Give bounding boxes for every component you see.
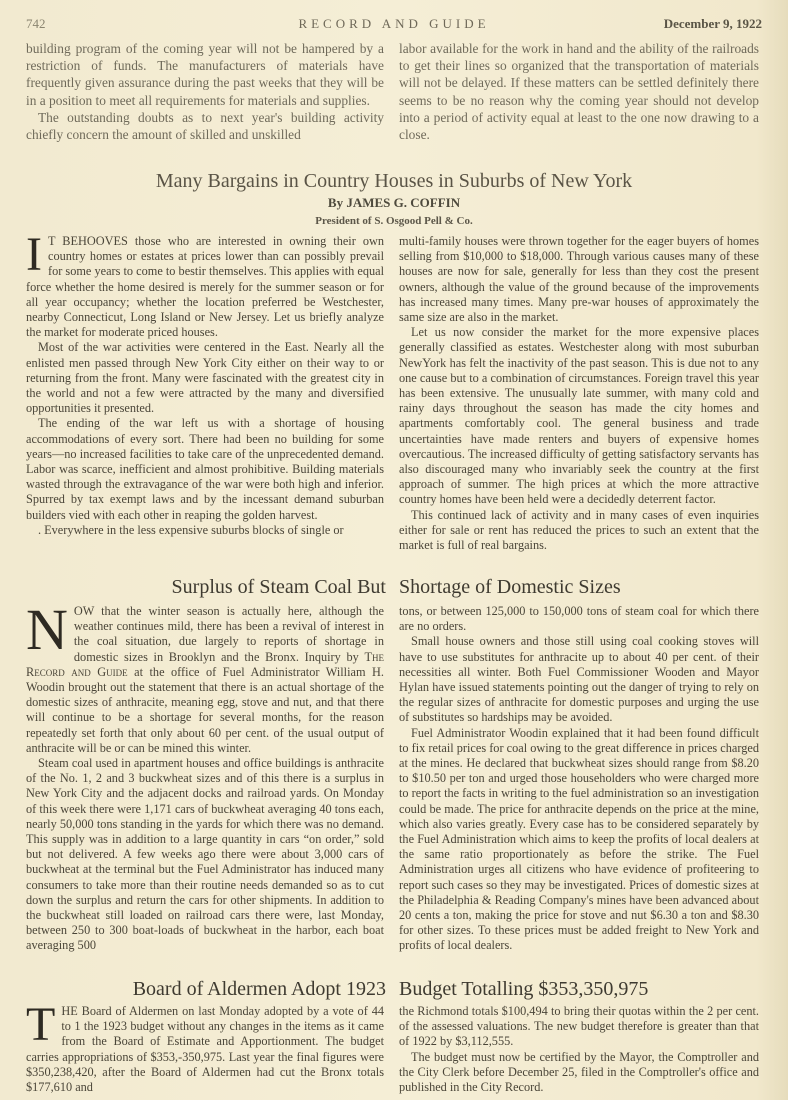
article1-right-column: multi-family houses were thrown together… bbox=[399, 234, 759, 553]
article1-byline: By JAMES G. COFFIN bbox=[0, 195, 788, 211]
article1-headline: Many Bargains in Country Houses in Subur… bbox=[0, 170, 788, 193]
intro-right-column: labor available for the work in hand and… bbox=[399, 40, 759, 143]
drop-cap: I bbox=[26, 236, 42, 274]
intro-paragraph: labor available for the work in hand and… bbox=[399, 40, 759, 143]
intro-paragraph: The outstanding doubts as to next year's… bbox=[26, 109, 384, 143]
article1-paragraph: Most of the war activities were centered… bbox=[26, 340, 384, 416]
article3-headline-left: Board of Aldermen Adopt 1923 bbox=[133, 978, 386, 1001]
article2-paragraph: Fuel Administrator Woodin explained that… bbox=[399, 726, 759, 954]
article3-right-column: the Richmond totals $100,494 to bring th… bbox=[399, 1004, 759, 1095]
article3-lead-paragraph: THE Board of Aldermen on last Monday ado… bbox=[26, 1004, 384, 1095]
article3-left-column: THE Board of Aldermen on last Monday ado… bbox=[26, 1004, 384, 1095]
article1-header: Many Bargains in Country Houses in Subur… bbox=[0, 170, 788, 227]
article1-affiliation: President of S. Osgood Pell & Co. bbox=[0, 215, 788, 227]
article1-paragraph: multi-family houses were thrown together… bbox=[399, 234, 759, 325]
article1-paragraph: . Everywhere in the less expensive subur… bbox=[26, 523, 384, 538]
article1-paragraph: Let us now consider the market for the m… bbox=[399, 325, 759, 507]
article1-lead-paragraph: IT BEHOOVES those who are interested in … bbox=[26, 234, 384, 340]
article1-paragraph: The ending of the war left us with a sho… bbox=[26, 416, 384, 522]
issue-date: December 9, 1922 bbox=[664, 16, 762, 32]
article2-right-column: tons, or between 125,000 to 150,000 tons… bbox=[399, 604, 759, 954]
intro-paragraph: building program of the coming year will… bbox=[26, 40, 384, 109]
intro-left-column: building program of the coming year will… bbox=[26, 40, 384, 143]
article3-paragraph: the Richmond totals $100,494 to bring th… bbox=[399, 1004, 759, 1050]
drop-cap: T bbox=[26, 1006, 55, 1044]
masthead: 742 RECORD AND GUIDE December 9, 1922 bbox=[26, 16, 762, 32]
article1-left-column: IT BEHOOVES those who are interested in … bbox=[26, 234, 384, 538]
article1-paragraph: This continued lack of activity and in m… bbox=[399, 508, 759, 554]
article2-paragraph: tons, or between 125,000 to 150,000 tons… bbox=[399, 604, 759, 634]
article2-left-column: NOW that the winter season is actually h… bbox=[26, 604, 384, 954]
article2-headline-left: Surplus of Steam Coal But bbox=[172, 576, 386, 599]
article2-paragraph: Small house owners and those still using… bbox=[399, 634, 759, 725]
drop-cap: N bbox=[26, 606, 68, 654]
article2-lead-paragraph: NOW that the winter season is actually h… bbox=[26, 604, 384, 756]
article2-headline-right: Shortage of Domestic Sizes bbox=[399, 576, 621, 599]
newspaper-page: 742 RECORD AND GUIDE December 9, 1922 bu… bbox=[0, 0, 788, 1100]
article3-headline-right: Budget Totalling $353,350,975 bbox=[399, 978, 648, 1001]
article2-paragraph: Steam coal used in apartment houses and … bbox=[26, 756, 384, 954]
article3-paragraph: The budget must now be certified by the … bbox=[399, 1050, 759, 1096]
publication-title: RECORD AND GUIDE bbox=[26, 16, 762, 32]
